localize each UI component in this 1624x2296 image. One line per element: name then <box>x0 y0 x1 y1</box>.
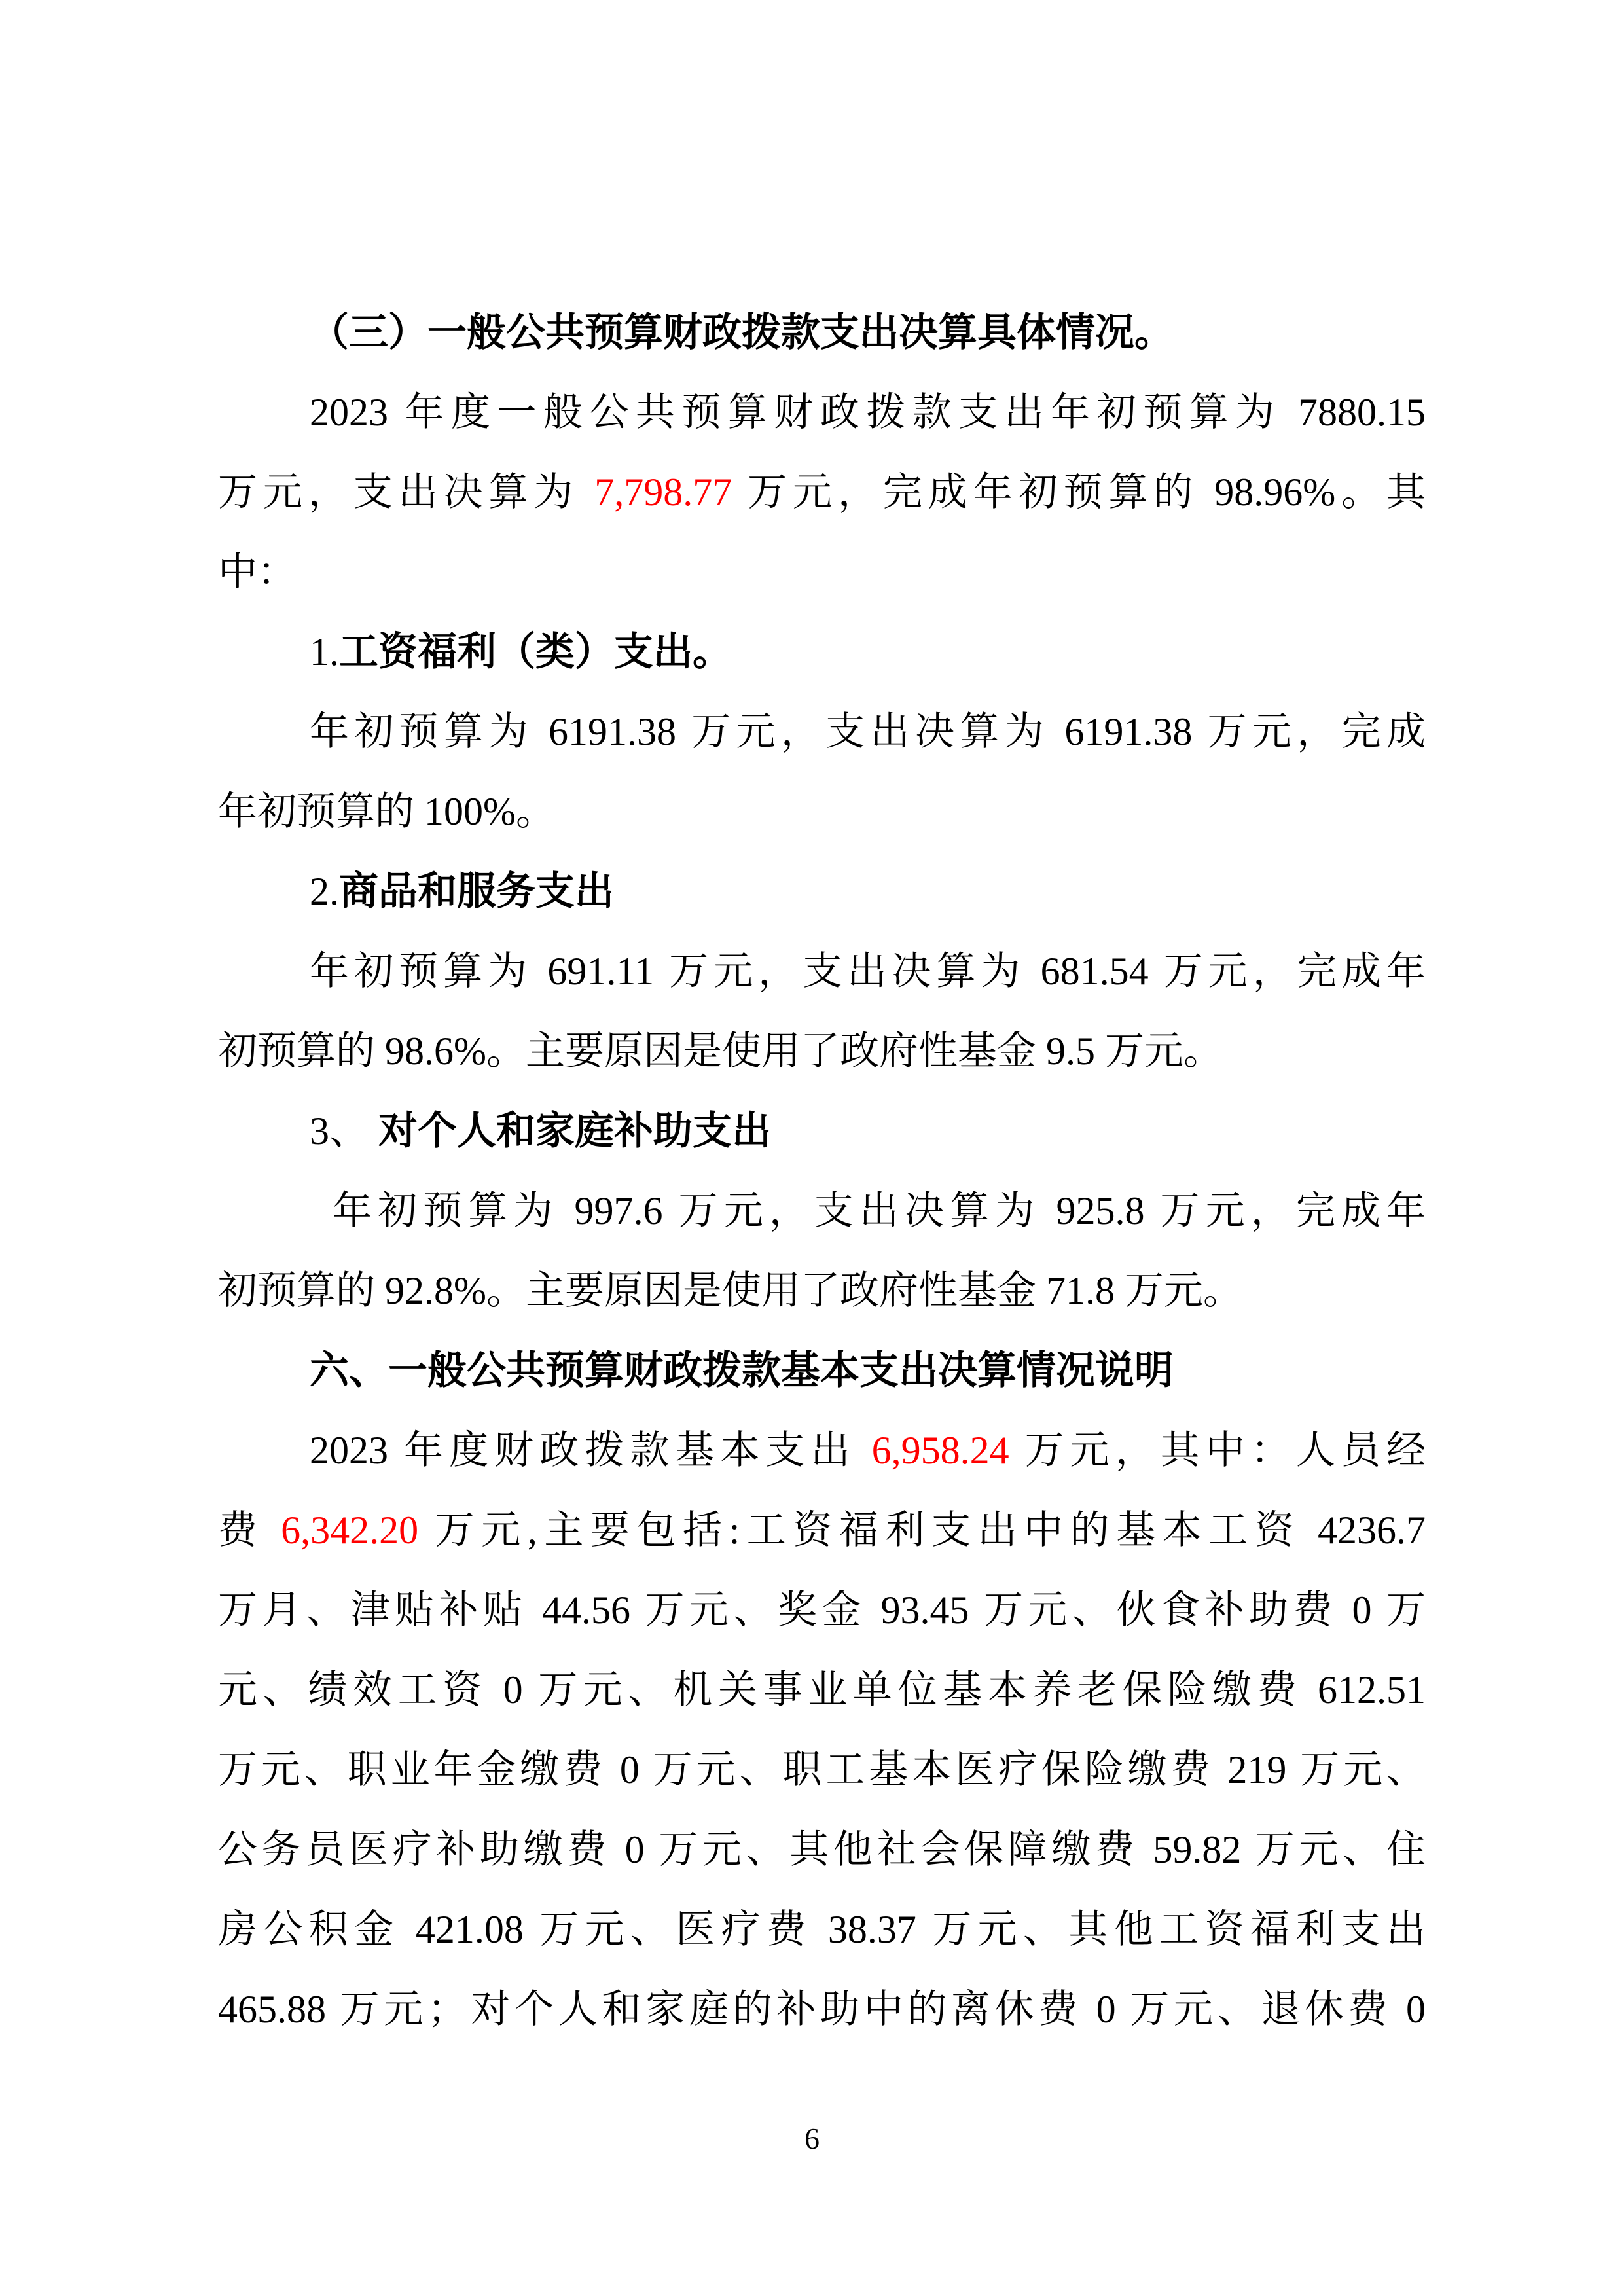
body-line-budget-total-2: 万元，支出决算为 7,798.77 万元，完成年初预算的 98.96%。其 <box>218 452 1426 532</box>
text-run: 中： <box>218 550 297 594</box>
document-page: （三）一般公共预算财政拨款支出决算具体情况。2023 年度一般公共预算财政拨款支… <box>0 0 1624 2296</box>
text-run: 费 <box>218 1509 281 1552</box>
text-run: 2023 年度一般公共预算财政拨款支出年初预算为 7880.15 <box>310 391 1426 434</box>
heading-section-6: 六、一般公共预算财政拨款基本支出决算情况说明 <box>218 1331 1426 1410</box>
text-run: 房公积金 421.08 万元、医疗费 38.37 万元、其他工资福利支出 <box>218 1908 1426 1951</box>
body-line-basic-2: 费 6,342.20 万元,主要包括:工资福利支出中的基本工资 4236.7 <box>218 1490 1426 1570</box>
body-line-basic-4: 元、绩效工资 0 万元、机关事业单位基本养老保险缴费 612.51 <box>218 1650 1426 1730</box>
heading-section-3: （三）一般公共预算财政拨款支出决算具体情况。 <box>218 293 1426 372</box>
heading-text-run: 商品和服务支出 <box>339 870 614 913</box>
text-run: 2. <box>310 870 339 913</box>
body-line-budget-total-1: 2023 年度一般公共预算财政拨款支出年初预算为 7880.15 <box>218 372 1426 452</box>
text-run: 公务员医疗补助缴费 0 万元、其他社会保障缴费 59.82 万元、住 <box>218 1828 1426 1871</box>
text-run: 3、 <box>310 1109 378 1153</box>
heading-text-run: 六、一般公共预算财政拨款基本支出决算情况说明 <box>310 1349 1174 1392</box>
text-run: 元、绩效工资 0 万元、机关事业单位基本养老保险缴费 612.51 <box>218 1668 1426 1712</box>
text-run: 初预算的 98.6%。主要原因是使用了政府性基金 9.5 万元。 <box>218 1030 1223 1073</box>
text-run: 万元，支出决算为 <box>218 471 594 514</box>
highlighted-amount: 6,342.20 <box>281 1509 418 1552</box>
heading-item-3: 3、 对个人和家庭补助支出 <box>218 1091 1426 1171</box>
text-run: 465.88 万元；对个人和家庭的补助中的离休费 0 万元、退休费 0 <box>218 1988 1426 2031</box>
heading-text-run: 对个人和家庭补助支出 <box>378 1109 771 1153</box>
heading-text-run: 工资福利（类）支出。 <box>339 630 732 673</box>
body-line-budget-total-3: 中： <box>218 532 1426 612</box>
body-line-item2-1: 年初预算为 691.11 万元，支出决算为 681.54 万元，完成年 <box>218 931 1426 1011</box>
body-line-basic-7: 房公积金 421.08 万元、医疗费 38.37 万元、其他工资福利支出 <box>218 1890 1426 1969</box>
text-run: 初预算的 92.8%。主要原因是使用了政府性基金 71.8 万元。 <box>218 1269 1242 1312</box>
highlighted-amount: 6,958.24 <box>872 1429 1009 1472</box>
text-run: 万元,主要包括:工资福利支出中的基本工资 4236.7 <box>418 1509 1426 1552</box>
highlighted-amount: 7,798.77 <box>594 471 732 514</box>
body-line-item1-2: 年初预算的 100%。 <box>218 772 1426 852</box>
body-line-item2-2: 初预算的 98.6%。主要原因是使用了政府性基金 9.5 万元。 <box>218 1011 1426 1091</box>
body-line-item1-1: 年初预算为 6191.38 万元，支出决算为 6191.38 万元，完成 <box>218 692 1426 772</box>
body-line-item3-1: 年初预算为 997.6 万元，支出决算为 925.8 万元，完成年 <box>218 1171 1426 1251</box>
text-run: 年初预算的 100%。 <box>218 790 555 833</box>
text-run: 万元，完成年初预算的 98.96%。其 <box>732 471 1426 514</box>
heading-text-run: （三）一般公共预算财政拨款支出决算具体情况。 <box>310 311 1174 354</box>
text-run: 万元，其中：人员经 <box>1009 1429 1426 1472</box>
document-body: （三）一般公共预算财政拨款支出决算具体情况。2023 年度一般公共预算财政拨款支… <box>218 293 1426 2049</box>
text-run: 万月、津贴补贴 44.56 万元、奖金 93.45 万元、伙食补助费 0 万 <box>218 1588 1426 1632</box>
text-run: 万元、职业年金缴费 0 万元、职工基本医疗保险缴费 219 万元、 <box>218 1748 1426 1791</box>
heading-item-1: 1.工资福利（类）支出。 <box>218 612 1426 692</box>
text-run: 年初预算为 6191.38 万元，支出决算为 6191.38 万元，完成 <box>310 710 1426 753</box>
body-line-basic-3: 万月、津贴补贴 44.56 万元、奖金 93.45 万元、伙食补助费 0 万 <box>218 1570 1426 1650</box>
page-number: 6 <box>0 2119 1624 2159</box>
body-line-basic-6: 公务员医疗补助缴费 0 万元、其他社会保障缴费 59.82 万元、住 <box>218 1810 1426 1890</box>
body-line-basic-8: 465.88 万元；对个人和家庭的补助中的离休费 0 万元、退休费 0 <box>218 1969 1426 2049</box>
body-line-basic-1: 2023 年度财政拨款基本支出 6,958.24 万元，其中：人员经 <box>218 1410 1426 1490</box>
text-run: 年初预算为 691.11 万元，支出决算为 681.54 万元，完成年 <box>310 950 1426 993</box>
body-line-item3-2: 初预算的 92.8%。主要原因是使用了政府性基金 71.8 万元。 <box>218 1251 1426 1331</box>
body-line-basic-5: 万元、职业年金缴费 0 万元、职工基本医疗保险缴费 219 万元、 <box>218 1730 1426 1810</box>
text-run: 年初预算为 997.6 万元，支出决算为 925.8 万元，完成年 <box>333 1189 1426 1232</box>
heading-item-2: 2.商品和服务支出 <box>218 852 1426 931</box>
text-run: 2023 年度财政拨款基本支出 <box>310 1429 872 1472</box>
text-run: 1. <box>310 630 339 673</box>
